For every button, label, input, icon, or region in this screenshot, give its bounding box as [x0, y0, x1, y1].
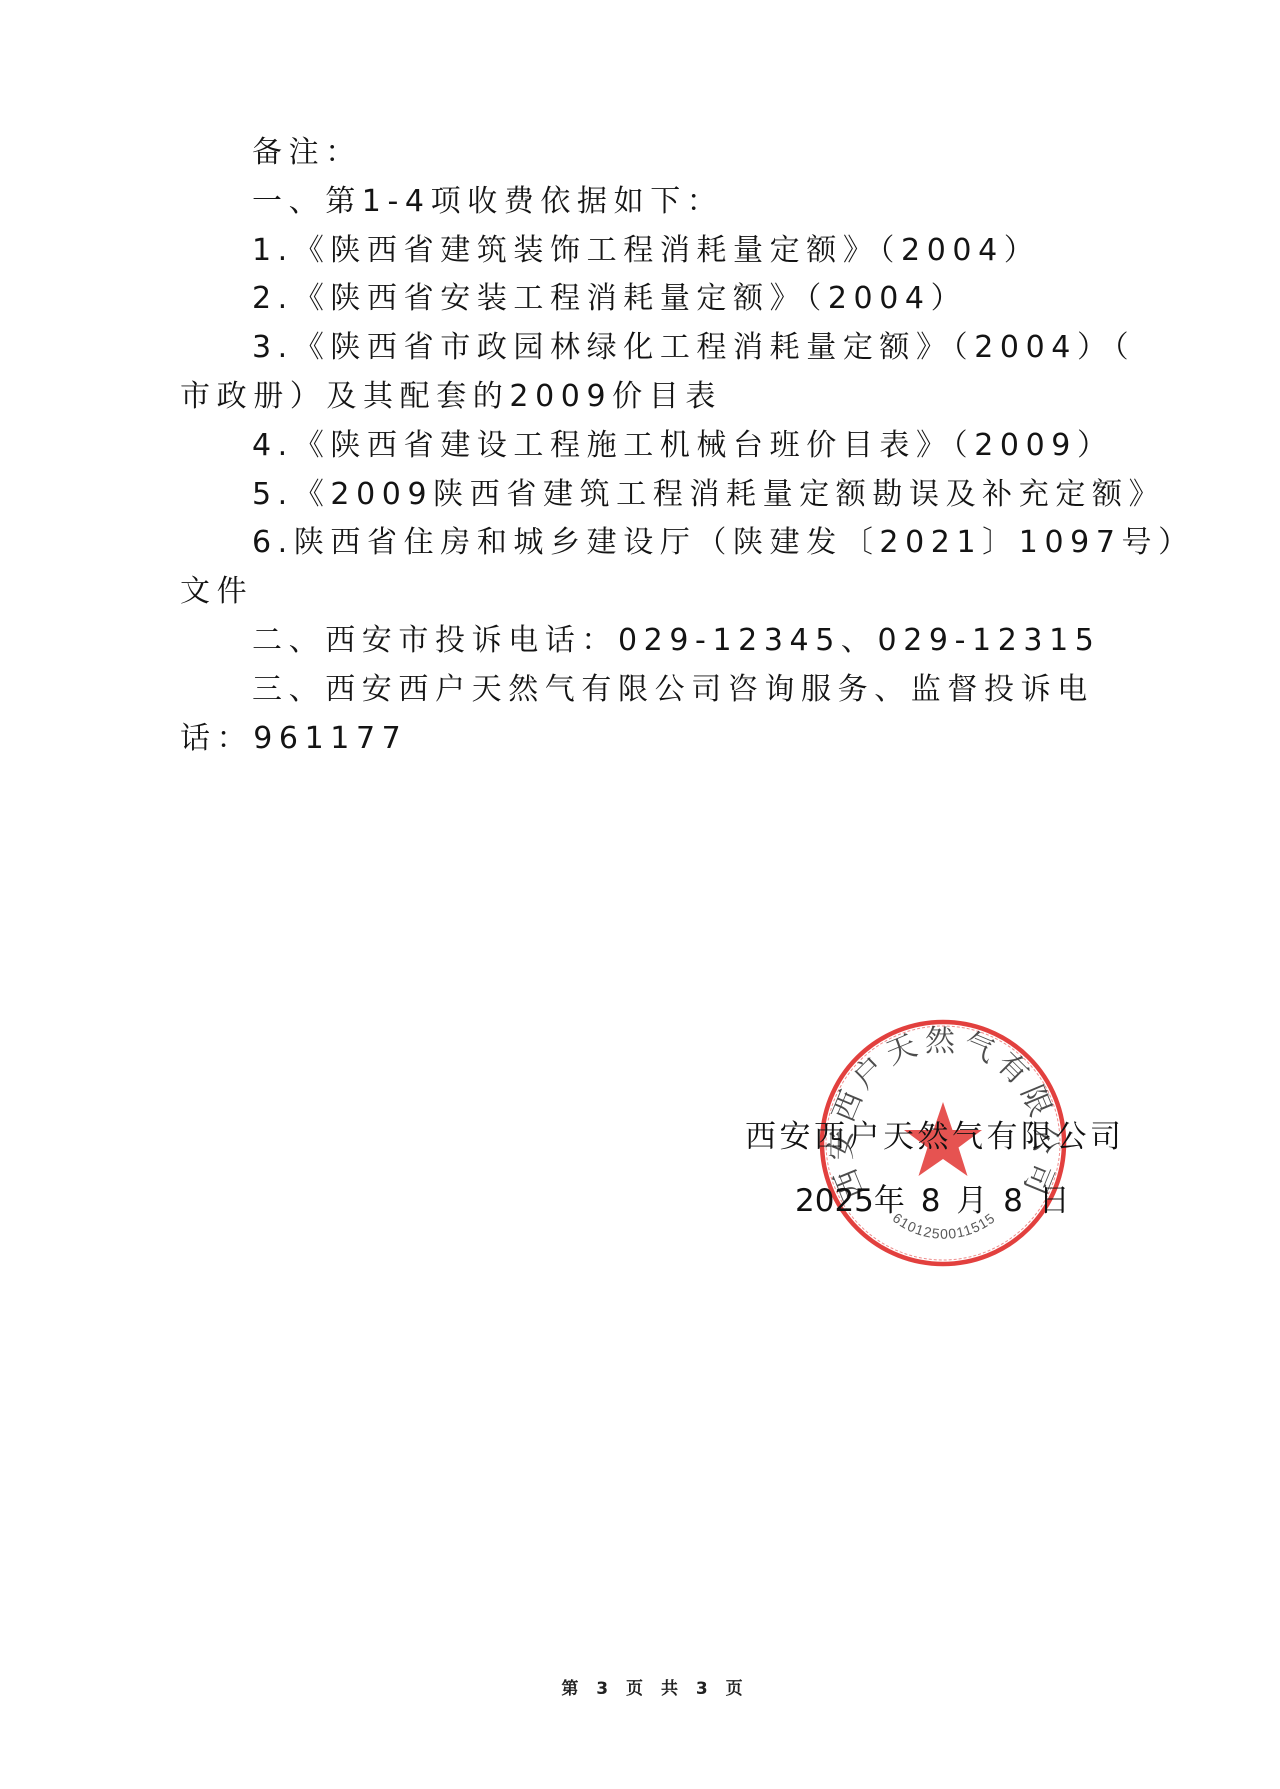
- signature-block: 西安西户天然气有限公司 2025年 8 月 8 日: [745, 1115, 1125, 1223]
- basis-item-3-continuation: 市政册）及其配套的2009价目表: [180, 373, 1110, 422]
- basis-item-2: 2.《陕西省安装工程消耗量定额》（2004）: [180, 275, 1110, 324]
- basis-item-1: 1.《陕西省建筑装饰工程消耗量定额》（2004）: [180, 227, 1110, 276]
- signature-company-name: 西安西户天然气有限公司: [745, 1115, 1125, 1159]
- basis-item-3: 3.《陕西省市政园林绿化工程消耗量定额》（2004）（: [180, 324, 1110, 373]
- basis-item-5: 5.《2009陕西省建筑工程消耗量定额勘误及补充定额》: [180, 471, 1110, 520]
- page-footer: 第 3 页 共 3 页: [0, 1674, 1280, 1699]
- document-page: 备注： 一、第1-4项收费依据如下： 1.《陕西省建筑装饰工程消耗量定额》（20…: [0, 0, 1280, 1789]
- section-1-title: 一、第1-4项收费依据如下：: [180, 178, 1110, 227]
- notes-heading: 备注：: [180, 129, 1110, 178]
- basis-item-4: 4.《陕西省建设工程施工机械台班价目表》（2009）: [180, 422, 1110, 471]
- notes-body: 备注： 一、第1-4项收费依据如下： 1.《陕西省建筑装饰工程消耗量定额》（20…: [180, 129, 1110, 763]
- section-3-continuation: 话：961177: [180, 715, 1110, 764]
- signature-date: 2025年 8 月 8 日: [745, 1179, 1125, 1223]
- section-3-service-phone: 三、西安西户天然气有限公司咨询服务、监督投诉电: [180, 666, 1110, 715]
- section-2-complaint-phone: 二、西安市投诉电话：029-12345、029-12315: [180, 617, 1110, 666]
- basis-item-6: 6.陕西省住房和城乡建设厅（陕建发〔2021〕1097号）: [180, 519, 1110, 568]
- basis-item-6-continuation: 文件: [180, 568, 1110, 617]
- page-indicator: 第 3 页 共 3 页: [561, 1674, 748, 1699]
